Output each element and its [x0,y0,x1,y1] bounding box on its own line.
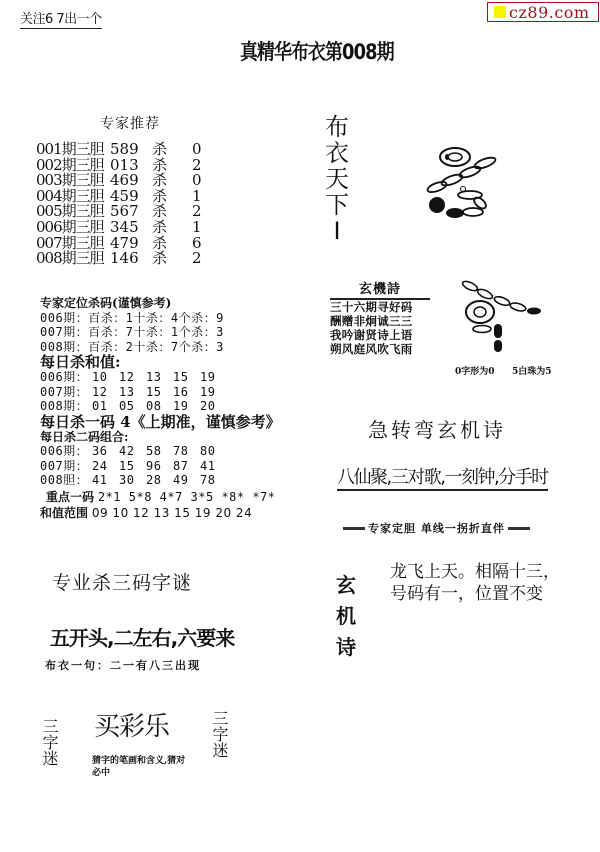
num: 16 [173,385,200,400]
poem-title: 玄機詩 [330,278,430,300]
num: 87 [173,459,200,474]
row-label: 006期： [40,444,92,459]
daily-kill-two-row: 008胆：4130284978 [40,473,281,488]
poem-line: 我吟谢贤诗上语 [330,328,430,342]
vertical-char: 布 [322,114,352,140]
daily-kill-two-row: 007期：2415968741 [40,459,281,474]
num: 19 [173,399,200,414]
num: 12 [119,370,146,385]
watermark-badge[interactable]: cz89.com [487,2,599,22]
xuanji-poem-box: 玄機詩 三十六期寻好码 酬赠非炯诚三三 我吟谢贤诗上语 朔风庭风吹飞雨 [330,278,430,356]
num: 30 [119,473,146,488]
expert-recommend-title: 专家推荐 [100,113,160,133]
vertical-char: 下 [322,192,352,218]
vertical-char: 天 [322,166,352,192]
baxian-line: 八仙聚,三对歌,一刻钟,分手时 [337,467,548,491]
daily-kill-two-title: 每日杀二码组合: [40,430,281,445]
position-kill-title: 专家定位杀码(谨慎参考) [40,296,281,311]
dragon-poem: 龙飞上天。相隔十三， 号码有一，位置不变 [390,561,560,605]
sum-range-label: 和值范围 [40,506,88,520]
num: 08 [146,399,173,414]
num: 28 [146,473,173,488]
position-kill-row: 006期：百杀：1十杀：4个杀：9 [40,311,281,326]
divider-left [343,527,365,530]
expert-dan-text: 专家定胆 单线一拐折直伴 [368,520,505,536]
riddle-line: 五开头,二左右,六要来 [50,622,234,651]
num: 19 [200,385,227,400]
three-char-riddle-left: 三字迷 [40,718,58,766]
bead-chain-icon [425,145,510,220]
vertical-char: 诗 [336,632,362,663]
dragon-poem-line: 龙飞上天。相隔十三， [390,561,560,583]
daily-kill-one: 每日杀一码 4《上期准，谨慎参考》 [40,414,281,430]
position-kill-row: 007期：百杀：7十杀：1个杀：3 [40,325,281,340]
sum-range-value: 09 10 12 13 15 19 20 24 [92,506,252,520]
num: 58 [146,444,173,459]
page-title: 真精华布衣第008期 [240,36,394,66]
bead-puzzle-icon [460,280,545,360]
riddle-poem-title: 急转弯玄机诗 [368,414,506,443]
row-label: 006期： [40,370,92,385]
daily-sum-kill-row: 006期：1012131519 [40,370,281,385]
maicaile-hint: 猜字的笔画和含义,猜对必中 [92,755,192,779]
vertical-char: 玄 [336,570,362,601]
daily-kill-two-row: 006期：3642587880 [40,444,281,459]
buyi-sentence: 布衣一句：二一有八三出现 [45,657,201,673]
num: 49 [173,473,200,488]
num: 13 [119,385,146,400]
dan-kill-label: 杀 [152,251,192,267]
divider-right [508,527,530,530]
row-label: 008期： [40,399,92,414]
three-dan-list: 001期三胆589杀0 002期三胆013杀2 003期三胆469杀0 004期… [36,142,212,267]
num: 78 [200,473,227,488]
num: 15 [146,385,173,400]
dan-issue: 008期三胆 [36,251,110,267]
bead-caption-0: 0字形为0 [455,364,495,377]
dragon-poem-line: 号码有一，位置不变 [390,583,560,605]
num: 24 [92,459,119,474]
top-note: 关注6 7出一个 [20,12,102,29]
num: 78 [173,444,200,459]
row-label: 007期： [40,385,92,400]
dan-row: 008期三胆146杀2 [36,251,212,267]
poem-line: 酬赠非炯诚三三 [330,314,430,328]
num: 13 [146,370,173,385]
num: 42 [119,444,146,459]
vertical-char: 衣 [322,140,352,166]
maicaile-title: 买彩乐 [94,706,169,743]
buyi-tianxia-vertical: 布 衣 天 下 I [322,114,352,244]
kill-three-riddle-title: 专业杀三码字谜 [52,568,192,595]
prediction-block: 专家定位杀码(谨慎参考) 006期：百杀：1十杀：4个杀：9 007期：百杀：7… [40,296,281,521]
xuanji-vertical: 玄 机 诗 [336,570,362,663]
num: 01 [92,399,119,414]
daily-sum-kill-row: 007期：1213151619 [40,385,281,400]
vertical-char: I [322,218,352,244]
position-kill-row: 008期：百杀：2十杀：7个杀：3 [40,340,281,355]
key-code-label: 重点一码 [46,490,94,504]
dan-nums: 146 [110,251,152,267]
row-label: 007期： [40,459,92,474]
num: 20 [200,399,227,414]
bead-caption-5: 5白珠为5 [512,364,552,377]
poem-line: 朔风庭风吹飞雨 [330,342,430,356]
yellow-square-icon [494,6,506,18]
num: 41 [200,459,227,474]
vertical-char: 机 [336,601,362,632]
num: 12 [92,385,119,400]
dan-kill: 2 [192,251,212,267]
daily-sum-kill-title: 每日杀和值: [40,354,281,370]
key-code-value: 2*1 5*8 4*7 3*5 *8* *7* [98,490,276,504]
num: 41 [92,473,119,488]
expert-dan-line: 专家定胆 单线一拐折直伴 [340,520,533,536]
three-char-riddle-right: 三字迷 [210,710,228,758]
num: 05 [119,399,146,414]
key-code-row: 重点一码 2*1 5*8 4*7 3*5 *8* *7* [40,490,281,505]
num: 10 [92,370,119,385]
row-label: 008胆： [40,473,92,488]
num: 36 [92,444,119,459]
num: 19 [200,370,227,385]
poem-line: 三十六期寻好码 [330,300,430,314]
num: 96 [146,459,173,474]
daily-sum-kill-row: 008期：0105081920 [40,399,281,414]
num: 15 [119,459,146,474]
num: 15 [173,370,200,385]
num: 80 [200,444,227,459]
sum-range-row: 和值范围 09 10 12 13 15 19 20 24 [40,506,281,521]
watermark-text: cz89.com [509,3,590,22]
